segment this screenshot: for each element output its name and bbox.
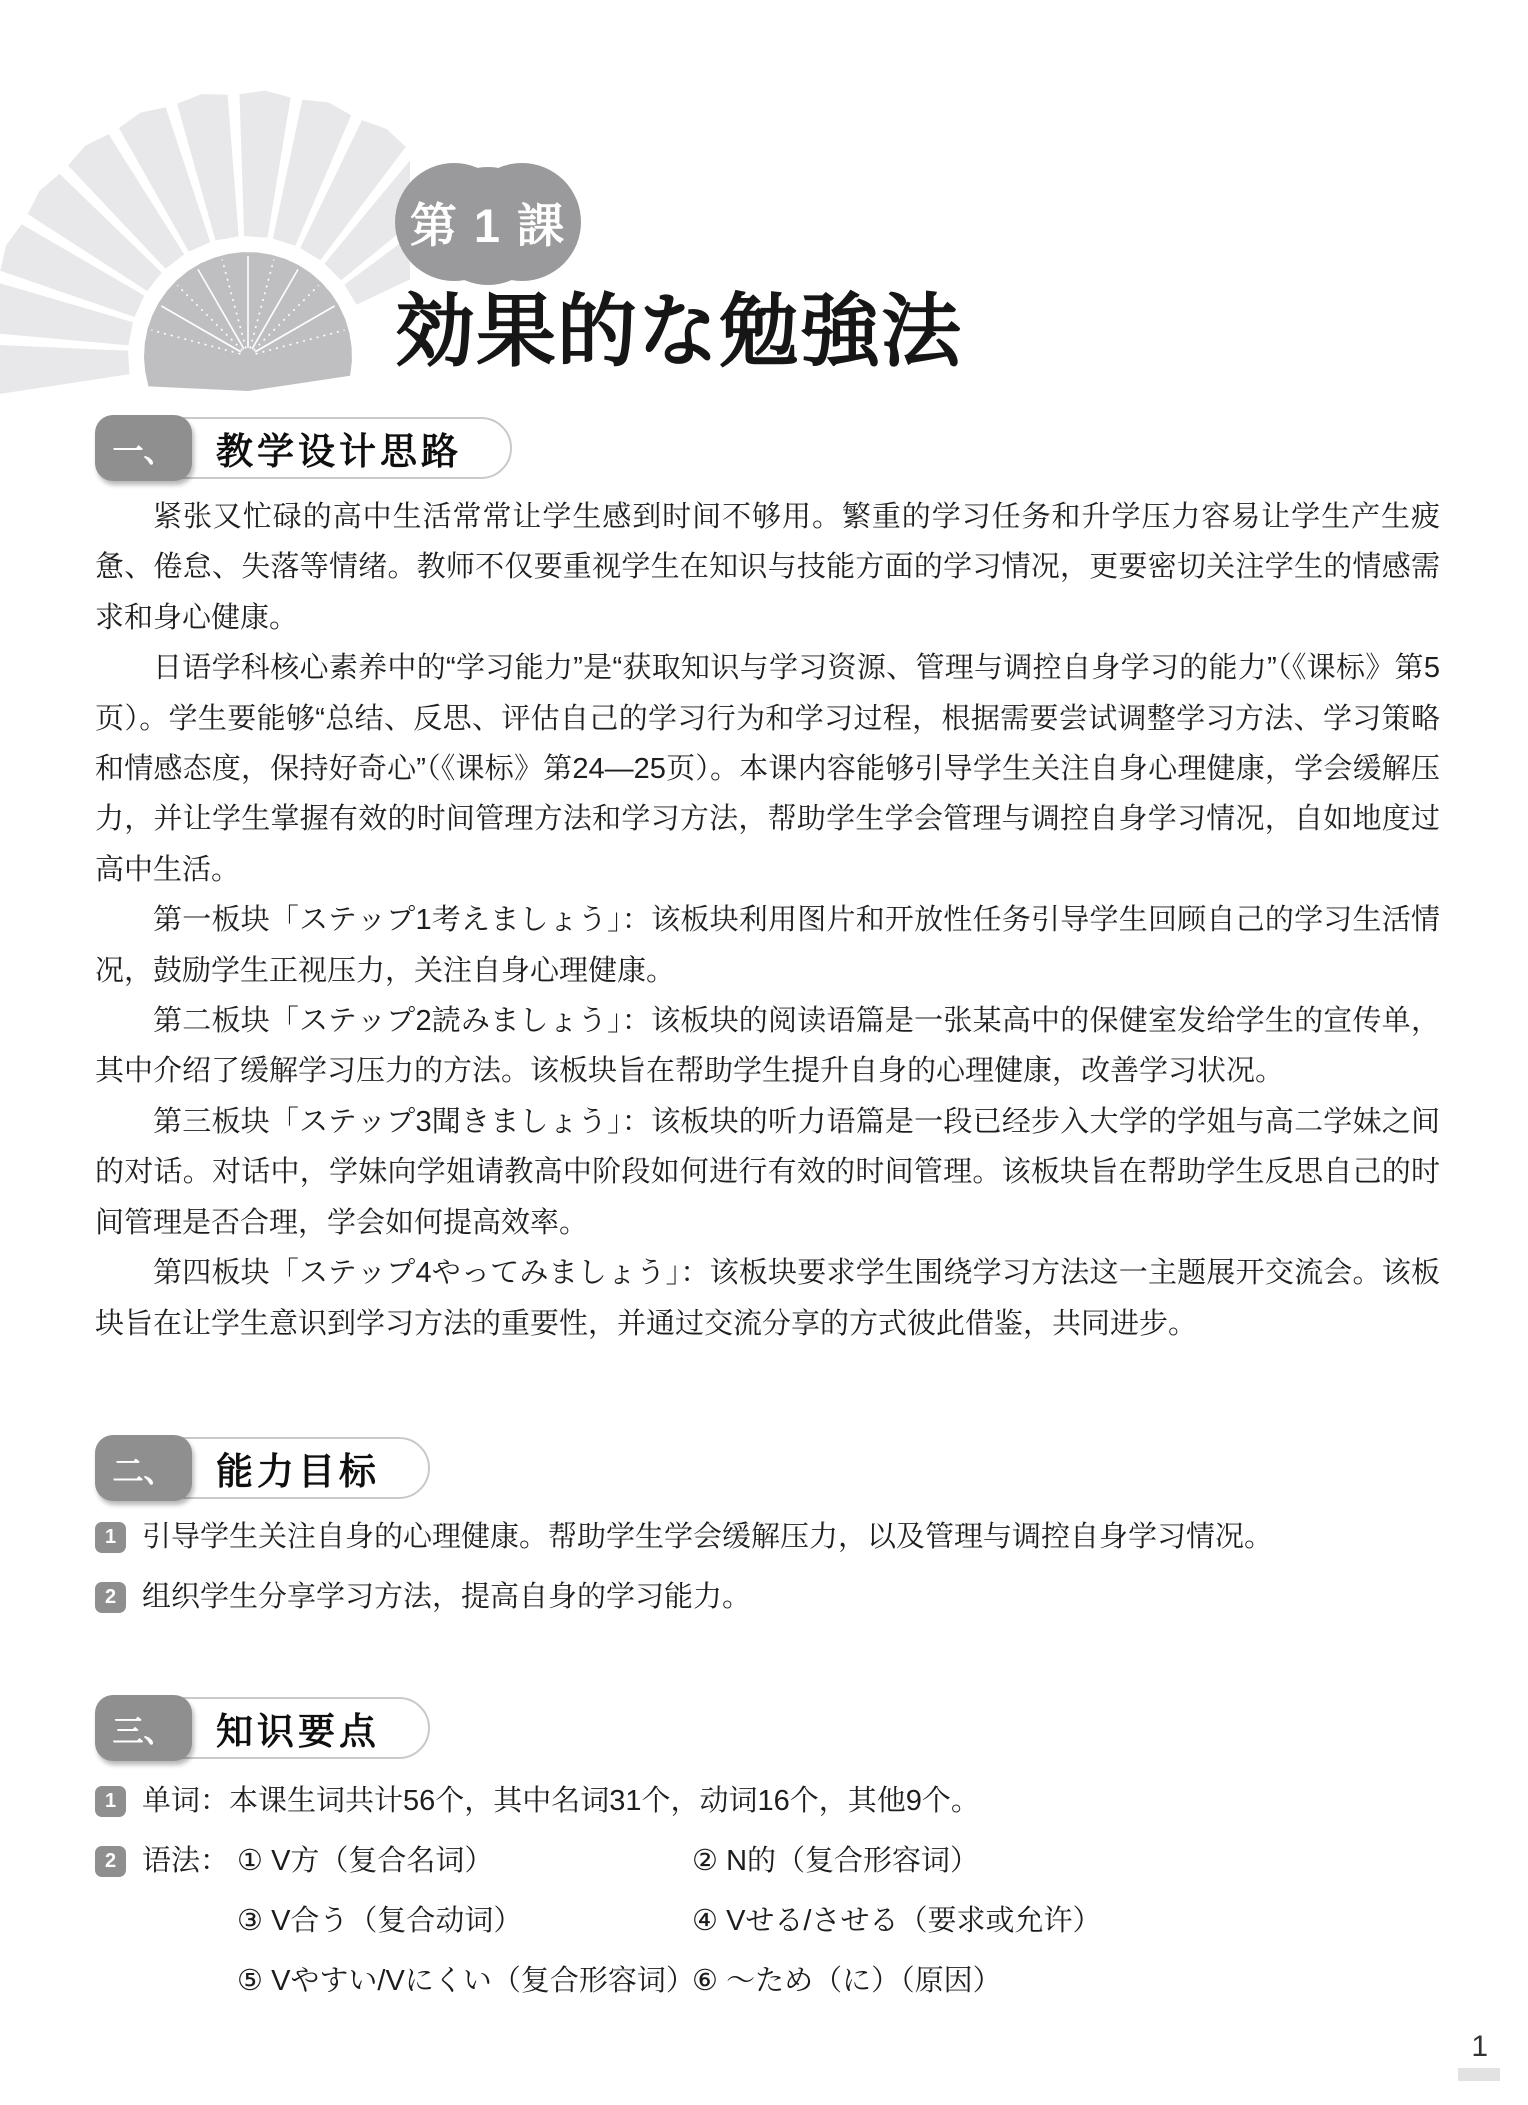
section-title: 能力目标 xyxy=(216,1441,380,1495)
section-header-ability: 二、 能力目标 xyxy=(95,1437,430,1499)
paragraph: 第一板块「ステップ1考えましょう」：该板块利用图片和开放性任务引导学生回顾自己的… xyxy=(95,895,1440,996)
section-number-badge: 一、 xyxy=(95,415,192,481)
lesson-number-badge: 第 1 課 xyxy=(395,163,581,281)
section-title: 知识要点 xyxy=(216,1701,380,1755)
document-page: 第 1 課 効果的な勉強法 一、 教学设计思路 紧张又忙碌的高中生活常常让学生感… xyxy=(0,0,1528,2105)
paragraph: 日语学科核心素养中的“学习能力”是“获取知识与学习资源、管理与调控自身学习的能力… xyxy=(95,643,1440,895)
grammar-point: ③ V合う（复合动词） xyxy=(237,1903,692,1939)
fan-decoration xyxy=(0,78,410,418)
paragraph: 第二板块「ステップ2読みましょう」：该板块的阅读语篇是一张某高中的保健室发给学生… xyxy=(95,996,1440,1097)
grammar-point: ① V方（复合名词） xyxy=(237,1843,692,1879)
section-header-knowledge: 三、 知识要点 xyxy=(95,1697,430,1759)
paragraph: 第三板块「ステップ3聞きましょう」：该板块的听力语篇是一段已经步入大学的学姐与高… xyxy=(95,1097,1440,1248)
item-number-badge: 1 xyxy=(95,1522,126,1553)
item-text: 单词：本课生词共计56个，其中名词31个，动词16个，其他9个。 xyxy=(142,1783,980,1819)
paragraph: 紧张又忙碌的高中生活常常让学生感到时间不够用。繁重的学习任务和升学压力容易让学生… xyxy=(95,492,1440,643)
grammar-grid: ① V方（复合名词） ② N的（复合形容词） ③ V合う（复合动词） ④ Vせる… xyxy=(237,1843,1101,1999)
section-number-badge: 二、 xyxy=(95,1435,192,1501)
page-number: 1 xyxy=(1471,2030,1488,2064)
paragraph: 第四板块「ステップ4やってみましょう」：该板块要求学生围绕学习方法这一主题展开交… xyxy=(95,1248,1440,1349)
list-item-grammar: 2 语法： ① V方（复合名词） ② N的（复合形容词） ③ V合う（复合动词）… xyxy=(95,1843,1440,1999)
lesson-header: 第 1 課 効果的な勉強法 xyxy=(395,163,962,382)
fan-svg xyxy=(0,78,410,418)
grammar-point: ⑤ Vやすい/Vにくい（复合形容词） xyxy=(237,1963,692,1999)
item-number-badge: 2 xyxy=(95,1846,126,1877)
item-number-badge: 2 xyxy=(95,1582,126,1613)
ability-items: 1 引导学生关注自身的心理健康。帮助学生学会缓解压力，以及管理与调控自身学习情况… xyxy=(95,1519,1440,1639)
vocabulary-summary: 本课生词共计56个，其中名词31个，动词16个，其他9个。 xyxy=(229,1785,980,1817)
list-item: 1 引导学生关注自身的心理健康。帮助学生学会缓解压力，以及管理与调控自身学习情况… xyxy=(95,1519,1440,1555)
grammar-point: ④ Vせる/させる（要求或允许） xyxy=(692,1903,1101,1939)
knowledge-items: 1 单词：本课生词共计56个，其中名词31个，动词16个，其他9个。 2 语法：… xyxy=(95,1783,1440,2023)
section-number-badge: 三、 xyxy=(95,1695,192,1761)
item-label: 单词： xyxy=(142,1785,229,1817)
grammar-block: 语法： ① V方（复合名词） ② N的（复合形容词） ③ V合う（复合动词） ④… xyxy=(142,1843,1101,1999)
list-item-vocabulary: 1 单词：本课生词共计56个，其中名词31个，动词16个，其他9个。 xyxy=(95,1783,1440,1819)
section-title: 教学设计思路 xyxy=(216,421,462,475)
item-text: 组织学生分享学习方法，提高自身的学习能力。 xyxy=(142,1579,751,1615)
item-text: 引导学生关注自身的心理健康。帮助学生学会缓解压力，以及管理与调控自身学习情况。 xyxy=(142,1519,1273,1555)
item-label: 语法： xyxy=(142,1843,229,1999)
design-paragraphs: 紧张又忙碌的高中生活常常让学生感到时间不够用。繁重的学习任务和升学压力容易让学生… xyxy=(95,492,1440,1349)
grammar-point: ② N的（复合形容词） xyxy=(692,1843,1101,1879)
section-header-design: 一、 教学设计思路 xyxy=(95,417,512,479)
grammar-point: ⑥ ～ため（に）（原因） xyxy=(692,1963,1101,1999)
list-item: 2 组织学生分享学习方法，提高自身的学习能力。 xyxy=(95,1579,1440,1615)
item-number-badge: 1 xyxy=(95,1786,126,1817)
footer-bar xyxy=(1458,2068,1500,2081)
lesson-number-label: 第 1 課 xyxy=(395,163,581,281)
